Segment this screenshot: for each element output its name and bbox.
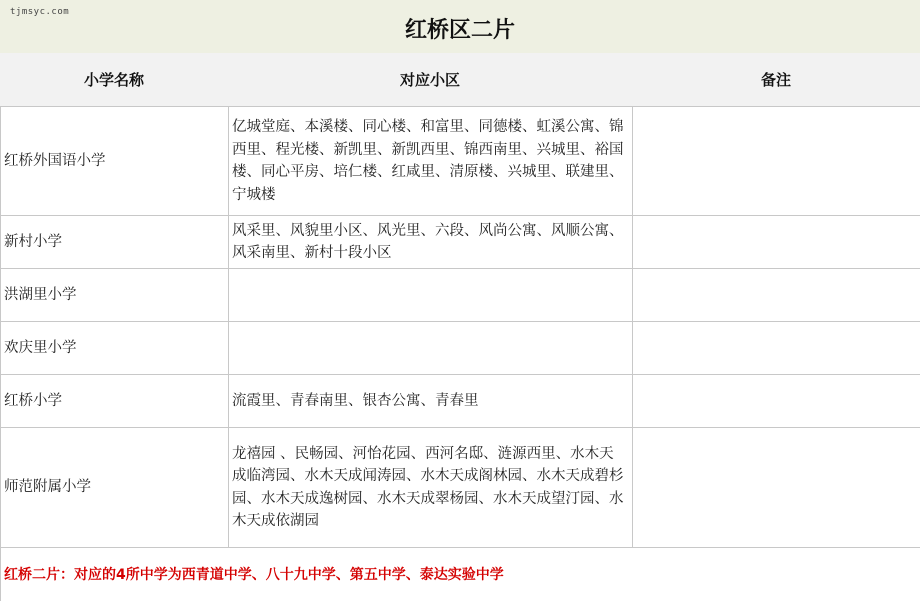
school-name: 红桥外国语小学 (1, 107, 229, 216)
table-row: 红桥外国语小学 亿城堂庭、本溪楼、同心楼、和富里、同德楼、虹溪公寓、锦西里、程光… (1, 107, 920, 216)
school-name: 红桥小学 (1, 375, 229, 428)
footer-note: 红桥二片：对应的4所中学为西青道中学、八十九中学、第五中学、泰达实验中学 (1, 548, 920, 601)
community-list (229, 322, 633, 375)
note-cell (633, 107, 920, 216)
note-cell (633, 375, 920, 428)
title-bar: 红桥区二片 (0, 0, 920, 53)
community-list: 流霞里、青春南里、银杏公寓、青春里 (229, 375, 633, 428)
note-cell (633, 322, 920, 375)
table-header: 小学名称 对应小区 备注 (0, 53, 920, 106)
community-list (229, 269, 633, 322)
school-table: 红桥外国语小学 亿城堂庭、本溪楼、同心楼、和富里、同德楼、虹溪公寓、锦西里、程光… (0, 106, 920, 601)
column-header-communities: 对应小区 (228, 53, 632, 106)
table-row: 洪湖里小学 (1, 269, 920, 322)
community-list: 风采里、风貌里小区、风光里、六段、风尚公寓、风顺公寓、风采南里、新村十段小区 (229, 216, 633, 269)
table-row: 新村小学 风采里、风貌里小区、风光里、六段、风尚公寓、风顺公寓、风采南里、新村十… (1, 216, 920, 269)
watermark: tjmsyc.com (10, 7, 69, 17)
school-name: 师范附属小学 (1, 428, 229, 548)
community-list: 龙禧园 、民畅园、河怡花园、西河名邸、涟源西里、水木天成临湾园、水木天成闻涛园、… (229, 428, 633, 548)
note-cell (633, 269, 920, 322)
note-cell (633, 216, 920, 269)
page-title: 红桥区二片 (405, 9, 515, 44)
table-row: 红桥小学 流霞里、青春南里、银杏公寓、青春里 (1, 375, 920, 428)
footer-row: 红桥二片：对应的4所中学为西青道中学、八十九中学、第五中学、泰达实验中学 (1, 548, 920, 601)
column-header-school: 小学名称 (0, 53, 228, 106)
table-row: 师范附属小学 龙禧园 、民畅园、河怡花园、西河名邸、涟源西里、水木天成临湾园、水… (1, 428, 920, 548)
school-name: 新村小学 (1, 216, 229, 269)
note-cell (633, 428, 920, 548)
column-header-note: 备注 (632, 53, 920, 106)
school-name: 欢庆里小学 (1, 322, 229, 375)
community-list: 亿城堂庭、本溪楼、同心楼、和富里、同德楼、虹溪公寓、锦西里、程光楼、新凯里、新凯… (229, 107, 633, 216)
table-row: 欢庆里小学 (1, 322, 920, 375)
school-name: 洪湖里小学 (1, 269, 229, 322)
